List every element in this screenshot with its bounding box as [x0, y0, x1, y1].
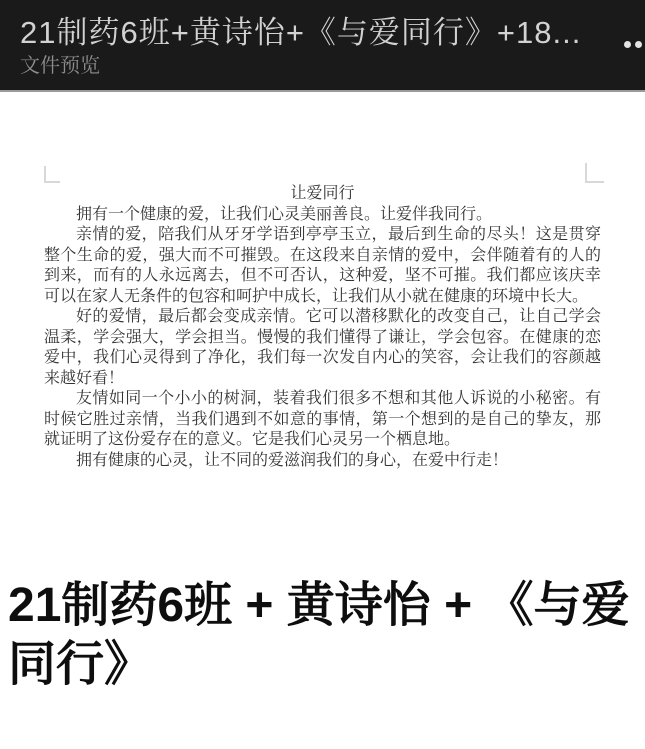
- document-paragraph: 友情如同一个小小的树洞，装着我们很多不想和其他人诉说的小秘密。有时候它胜过亲情，…: [44, 389, 601, 451]
- file-preview-header: 21制药6班+黄诗怡+《与爱同行》+18... 文件预览: [0, 0, 645, 92]
- page-margin-mark-top-left: [44, 166, 60, 183]
- document-body: 让爱同行 拥有一个健康的爱，让我们心灵美丽善良。让爱伴我同行。 亲情的爱，陪我们…: [44, 184, 601, 471]
- more-options-icon[interactable]: [624, 41, 645, 48]
- file-name-caption: 21制药6班 + 黄诗怡 + 《与爱同行》: [8, 576, 641, 694]
- file-preview-screen: 21制药6班+黄诗怡+《与爱同行》+18... 文件预览 让爱同行 拥有一个健康…: [0, 0, 645, 749]
- document-preview-area[interactable]: 让爱同行 拥有一个健康的爱，让我们心灵美丽善良。让爱伴我同行。 亲情的爱，陪我们…: [0, 94, 645, 749]
- document-paragraph: 拥有一个健康的爱，让我们心灵美丽善良。让爱伴我同行。: [44, 205, 601, 226]
- document-title: 让爱同行: [44, 184, 601, 205]
- file-title: 21制药6班+黄诗怡+《与爱同行》+18...: [20, 15, 620, 51]
- document-paragraph: 亲情的爱，陪我们从牙牙学语到亭亭玉立，最后到生命的尽头！这是贯穿整个生命的爱，强…: [44, 225, 601, 307]
- dot: [624, 41, 631, 48]
- document-paragraph: 拥有健康的心灵，让不同的爱滋润我们的身心，在爱中行走！: [44, 451, 601, 472]
- page-margin-mark-top-right: [585, 163, 604, 183]
- document-paragraph: 好的爱情，最后都会变成亲情。它可以潜移默化的改变自己，让自己学会温柔，学会强大，…: [44, 307, 601, 389]
- page-subtitle: 文件预览: [20, 54, 645, 78]
- dot: [635, 41, 642, 48]
